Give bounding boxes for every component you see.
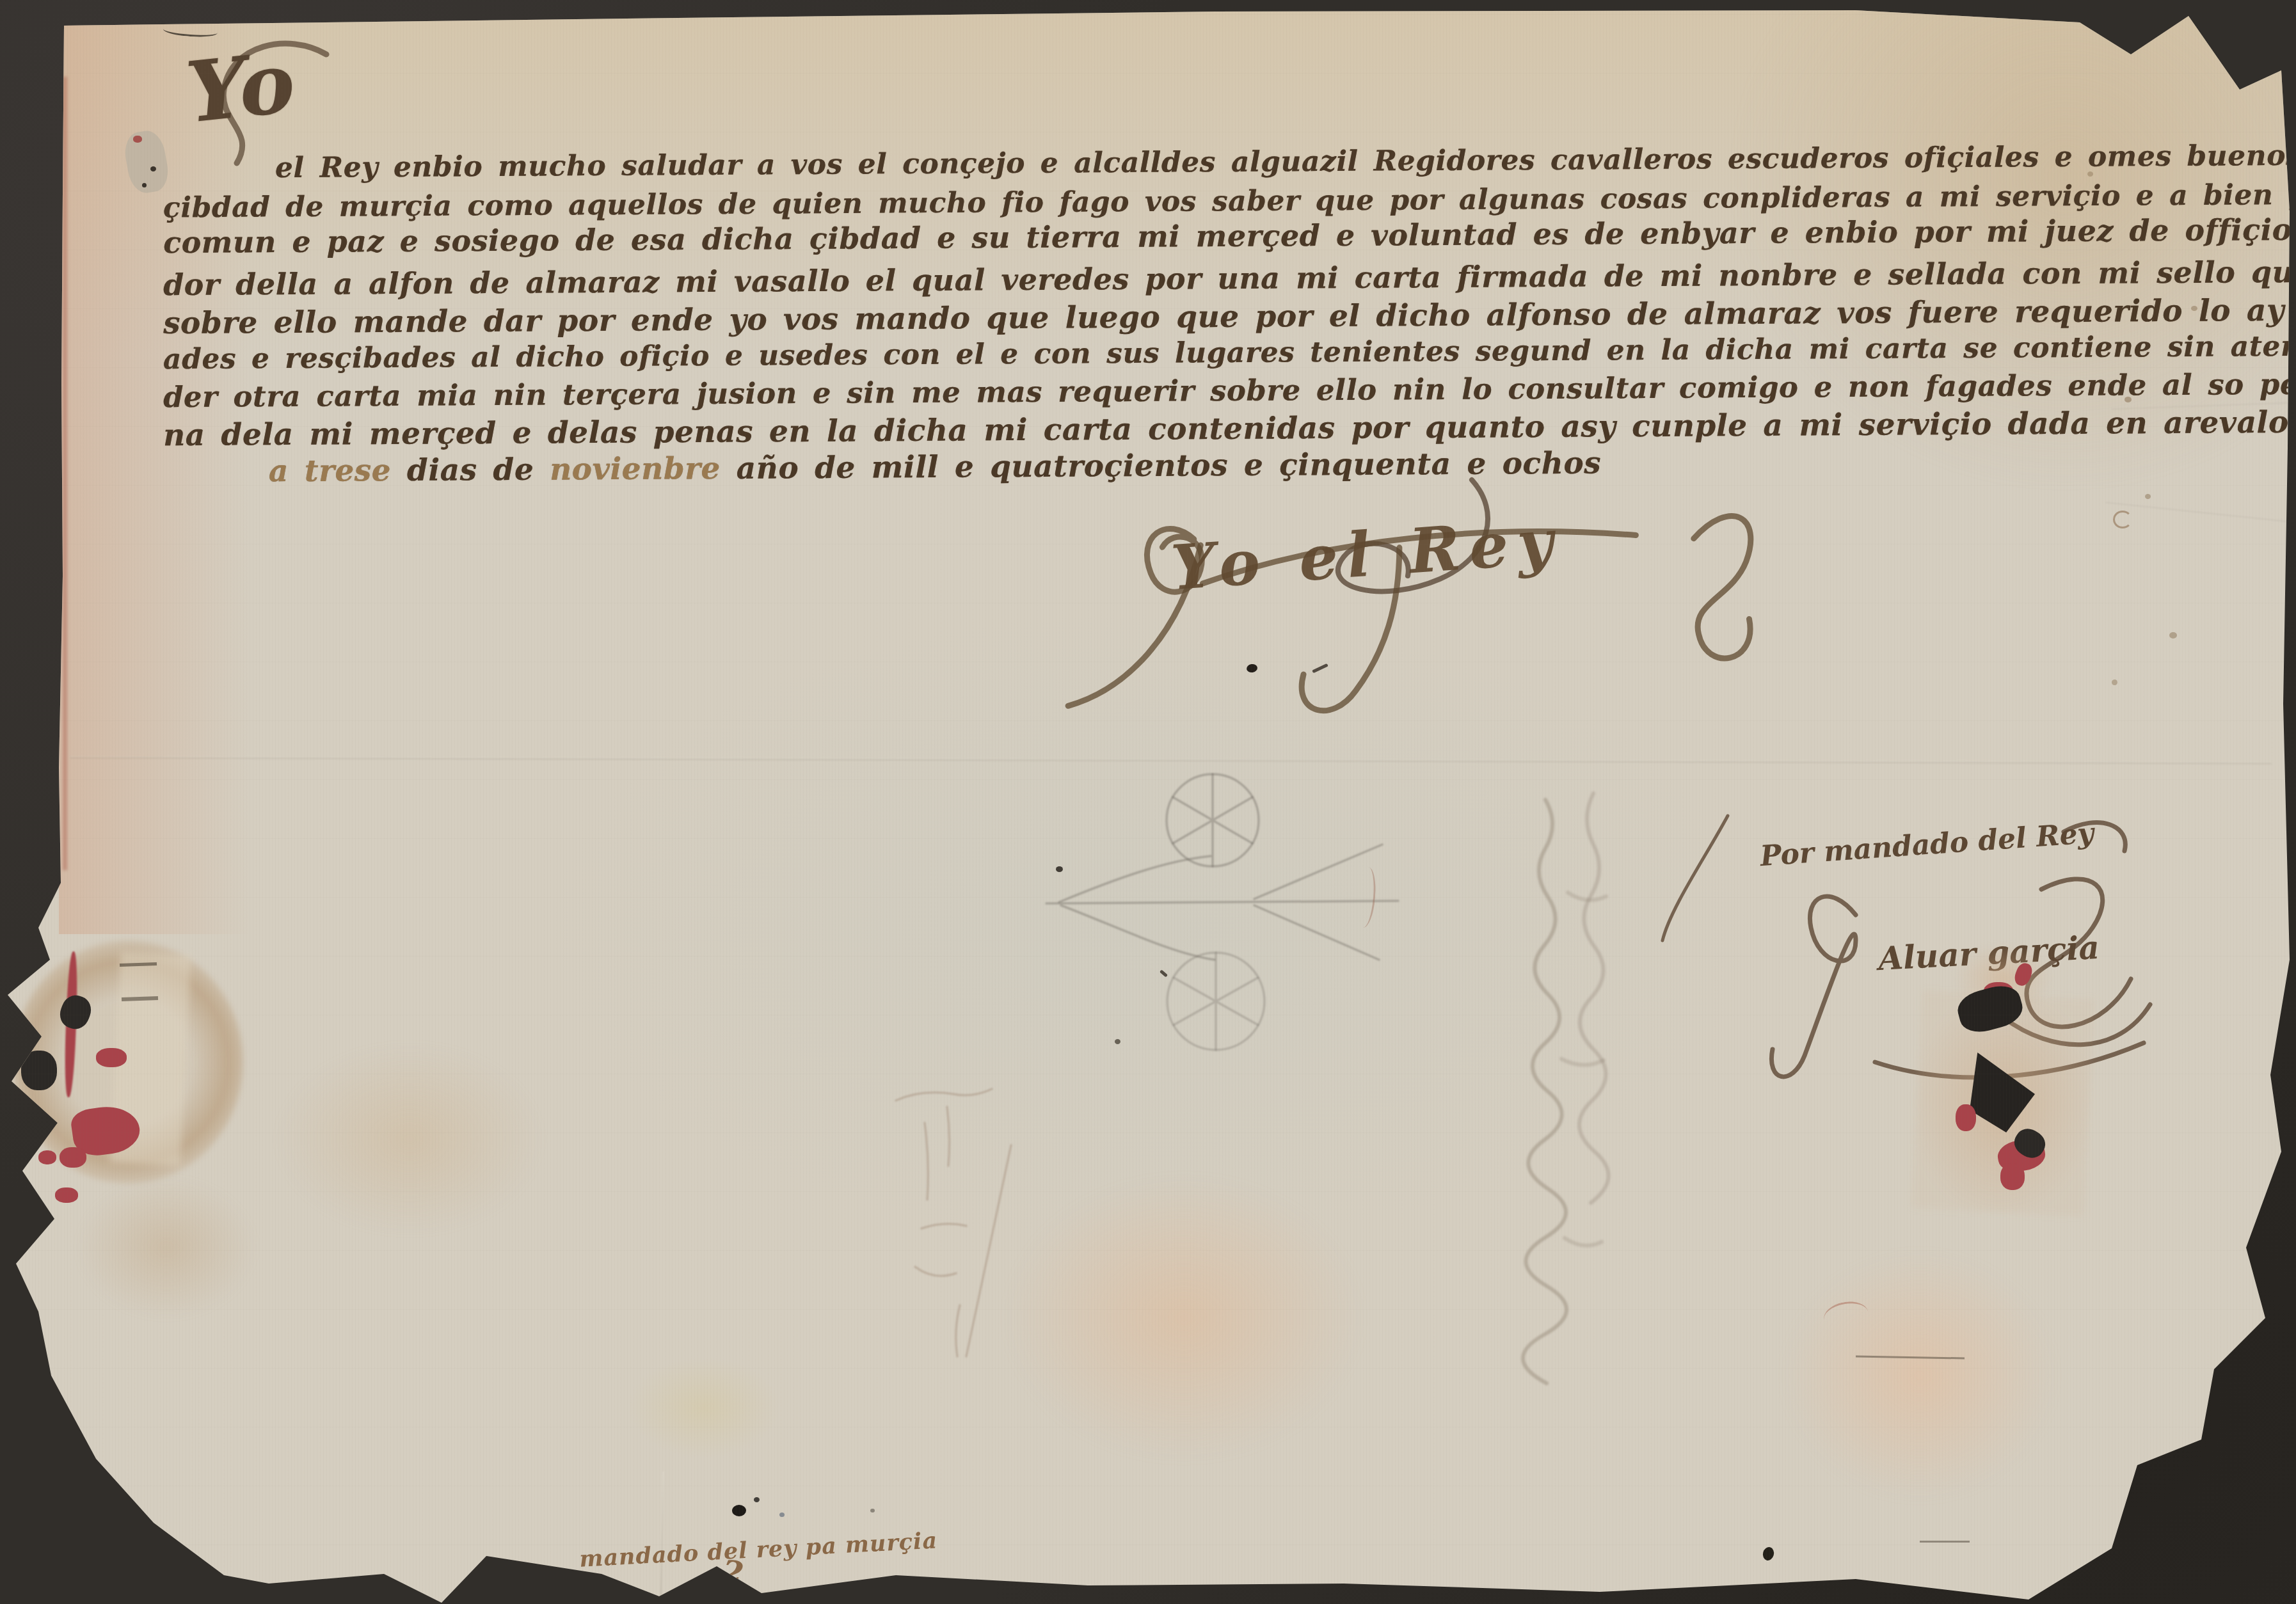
ink-hole <box>1750 1584 1759 1592</box>
manuscript-page: Yo el Rey enbio mucho saludar a vos el c… <box>0 0 2296 1604</box>
brown-dot <box>286 7 292 12</box>
photograph-background: Yo el Rey enbio mucho saludar a vos el c… <box>0 0 2296 1604</box>
blue-speck <box>136 5 145 12</box>
paper-texture <box>0 0 2296 1604</box>
